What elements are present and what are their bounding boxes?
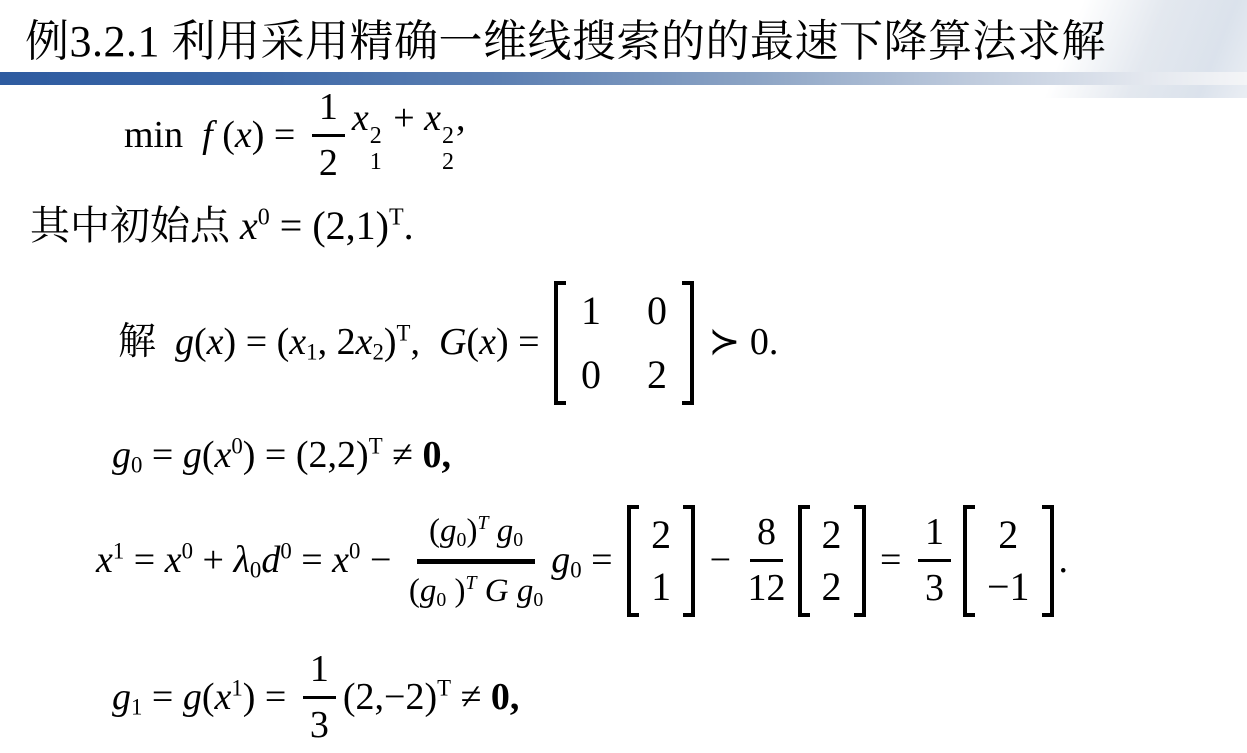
equation-x1-update: x1 = x0 + λ0d0 = x0 − (g0)T g0 (g0 )T G … (96, 500, 1068, 622)
fraction-denominator: (g0 )T G g0 (409, 564, 543, 609)
equation-g0: g0 = g(x0) = (2,2)T ≠ 0, (112, 424, 451, 488)
subscript: 0 (131, 453, 142, 478)
superscript: 2 (370, 124, 382, 149)
math-token: (2,−2) (343, 676, 437, 718)
right-bracket (854, 505, 866, 617)
math-token: x (356, 321, 373, 363)
math-token: x (165, 539, 182, 581)
math-token: g (183, 434, 202, 476)
objective-lhs: min f (x) = (124, 114, 305, 158)
math-token: = (292, 539, 332, 581)
math-token: ( (409, 573, 420, 609)
subscript: 2 (372, 340, 383, 365)
math-token: x (207, 321, 224, 363)
subscript: 1 (306, 340, 317, 365)
superscript-T: T (397, 320, 411, 345)
math-token: x (479, 321, 496, 363)
left-bracket (963, 505, 975, 617)
left-bracket (798, 505, 810, 617)
math-token: ) = ( (224, 321, 290, 363)
equation-initial-point: 其中初始点 x0 = (2,1)T. (30, 194, 414, 258)
math-token: ( (466, 321, 479, 363)
superscript-T: T (437, 675, 451, 700)
equation-gradient-hessian: 解 g(x) = (x1, 2x2)T, G(x) = 1002 ≻ 0. (118, 278, 778, 408)
fraction-denominator: 3 (925, 562, 944, 609)
min-operator: min (124, 114, 202, 156)
math-token: ) (384, 321, 397, 363)
superscript: 0 (349, 538, 360, 563)
right-bracket (1042, 505, 1054, 617)
objective-rhs: x21 + x22, (352, 97, 466, 175)
subscript: 0 (533, 588, 543, 610)
not-equal-token: ≠ (383, 434, 423, 476)
subscript: 0 (457, 529, 467, 551)
fraction-denominator: 3 (310, 699, 329, 746)
subscript: 1 (131, 695, 142, 720)
matrix-cell: 2 (647, 355, 667, 395)
equals-token: = (871, 539, 911, 583)
fraction-numerator: 8 (750, 513, 783, 562)
superscript: 0 (280, 538, 291, 563)
superscript: 1 (113, 538, 124, 563)
superscript-T: T (477, 512, 488, 534)
vector-cell: 1 (651, 567, 671, 607)
right-bracket (682, 281, 694, 405)
column-vector-x0: 21 (627, 505, 695, 617)
math-token: g (183, 676, 202, 718)
sup-sub-stack: 22 (442, 124, 454, 174)
cjk-label-solve: 解 (118, 321, 175, 363)
matrix-cell: 1 (581, 291, 601, 331)
math-token: ( (202, 676, 215, 718)
fraction-denominator: 12 (748, 562, 786, 609)
minus-token: − (700, 539, 740, 583)
math-token: g (488, 513, 513, 549)
minus-token: − (360, 539, 400, 581)
math-token: , (456, 97, 466, 139)
vector-cell: 2 (998, 515, 1018, 555)
cjk-label: 其中初始点 (30, 203, 240, 248)
g0-after-fraction: g0 = (551, 539, 622, 583)
superscript: 2 (442, 124, 454, 149)
column-vector-g0: 22 (798, 505, 866, 617)
equation-g1: g1 = g(x1) = 13 (2,−2)T ≠ 0, (112, 646, 519, 750)
math-token: = (142, 676, 182, 718)
math-token: ( (222, 114, 235, 156)
fraction-one-half: 12 (312, 88, 345, 184)
math-token: ( (429, 513, 440, 549)
math-token: x (235, 114, 252, 156)
math-token: x (424, 97, 441, 139)
subscript: 0 (513, 529, 523, 551)
math-token: x (215, 676, 232, 718)
fraction-denominator: 2 (319, 137, 338, 184)
math-token: d (261, 539, 280, 581)
left-bracket (554, 281, 566, 405)
lambda-token: λ (233, 539, 249, 581)
matrix-cell: 0 (581, 355, 601, 395)
math-token: + (193, 539, 233, 581)
math-token: g (551, 539, 570, 581)
slide-title: 例3.2.1 利用采用精确一维线搜索的的最速下降算法求解 (25, 5, 1106, 69)
math-token: g (175, 321, 194, 363)
vector-cells: 21 (639, 505, 683, 617)
steplength-fraction: (g0)T g0 (g0 )T G g0 (409, 514, 543, 608)
left-bracket (627, 505, 639, 617)
fraction-1-3: 13 (303, 650, 336, 746)
math-token: ) = (2,2) (243, 434, 369, 476)
subscript: 0 (250, 558, 261, 583)
math-token: g (112, 676, 131, 718)
math-token: x (240, 203, 258, 248)
subscript: 0 (570, 558, 581, 583)
math-token: x (332, 539, 349, 581)
fraction-numerator: 1 (312, 88, 345, 137)
positive-definite-token: ≻ 0. (699, 321, 778, 365)
math-token: . (404, 203, 414, 248)
superscript-T: T (466, 572, 477, 594)
g1-rhs: (2,−2)T ≠ 0, (343, 676, 520, 720)
math-token: , 2 (318, 321, 356, 363)
math-token: + (384, 97, 424, 139)
math-token: = (2,1) (270, 203, 389, 248)
fraction-numerator: 1 (303, 650, 336, 699)
bold-zero: 0, (491, 676, 520, 718)
x1-lhs: x1 = x0 + λ0d0 = x0 − (96, 539, 401, 583)
slide-header: 例3.2.1 利用采用精确一维线搜索的的最速下降算法求解 (0, 0, 1247, 72)
math-token: = (124, 539, 164, 581)
vector-cell: −1 (987, 567, 1030, 607)
fraction-8-12: 812 (748, 513, 786, 609)
g1-lhs: g1 = g(x1) = (112, 676, 296, 720)
superscript-T: T (389, 205, 404, 231)
math-token: f (202, 114, 222, 156)
vector-cell: 2 (651, 515, 671, 555)
sup-sub-stack: 21 (370, 124, 382, 174)
title-divider-bar (0, 72, 1247, 85)
bold-zero: 0, (422, 434, 451, 476)
math-token: ) = (252, 114, 305, 156)
g0-text: g0 = g(x0) = (2,2)T ≠ 0, (112, 434, 451, 478)
superscript: 0 (258, 205, 270, 231)
math-token: g (440, 513, 457, 549)
math-token: ) = (243, 676, 296, 718)
math-token: ) (466, 513, 477, 549)
math-token: ( (194, 321, 207, 363)
subscript: 2 (442, 150, 454, 175)
column-vector-x1: 2−1 (963, 505, 1054, 617)
superscript: 1 (231, 675, 242, 700)
solve-lhs: 解 g(x) = (x1, 2x2)T, G(x) = (118, 321, 549, 365)
initial-point-text: 其中初始点 x0 = (2,1)T. (30, 203, 414, 249)
math-token: g (112, 434, 131, 476)
vector-cell: 2 (822, 515, 842, 555)
math-token: x (96, 539, 113, 581)
subscript: 0 (436, 588, 446, 610)
matrix-cell: 0 (647, 291, 667, 331)
math-token: g (420, 573, 437, 609)
math-token: G g (477, 573, 534, 609)
math-token: G (439, 321, 466, 363)
superscript: 0 (231, 433, 242, 458)
superscript-T: T (369, 433, 383, 458)
vector-cell: 2 (822, 567, 842, 607)
math-token: x (215, 434, 232, 476)
vector-cells: 22 (810, 505, 854, 617)
math-token: x (289, 321, 306, 363)
fraction-numerator: 1 (918, 513, 951, 562)
equation-objective: min f (x) = 12 x21 + x22, (124, 86, 466, 186)
math-token: = (142, 434, 182, 476)
not-equal-token: ≠ (451, 676, 491, 718)
matrix-G: 1002 (554, 281, 694, 405)
subscript: 1 (370, 150, 382, 175)
math-token: ) = (496, 321, 549, 363)
math-token: ( (202, 434, 215, 476)
fraction-numerator: (g0)T g0 (417, 514, 535, 564)
superscript: 0 (182, 538, 193, 563)
math-token: ) (446, 573, 465, 609)
math-token: x (352, 97, 369, 139)
math-token: = (582, 539, 622, 581)
vector-cells: 2−1 (975, 505, 1042, 617)
right-bracket (683, 505, 695, 617)
period-token: . (1059, 539, 1069, 583)
fraction-1-3: 13 (918, 513, 951, 609)
matrix-cells: 1002 (566, 281, 682, 405)
math-token: , (410, 321, 439, 363)
